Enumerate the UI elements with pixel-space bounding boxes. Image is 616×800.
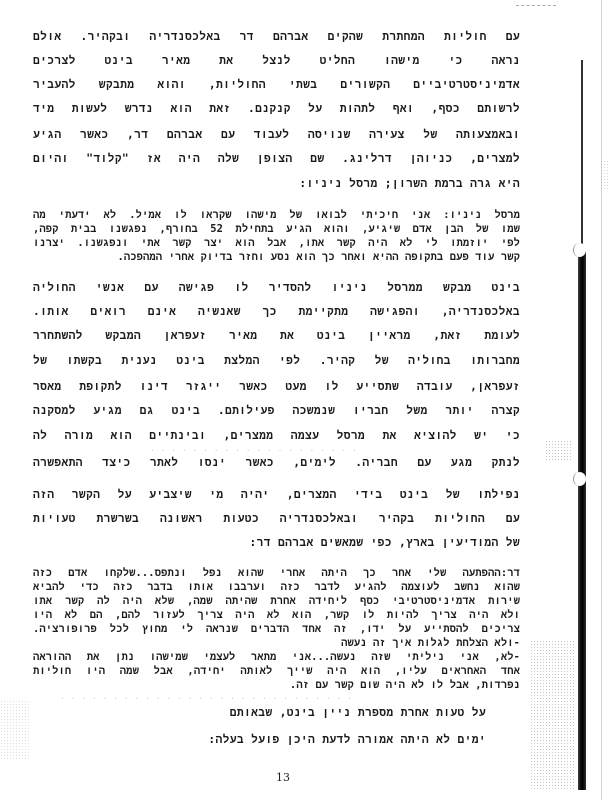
quote-line: קשר עוד פעם בתקופה ההיא ואחר כך הוא נסע … [117,251,520,263]
scan-noise [600,160,610,190]
text-line: לעומת זאת, מראיין בינט את מאיר זעפראן המ… [33,330,520,342]
quote-line: שמו של הבן אדם שיגיע, והוא הגיע בתחילת 5… [33,223,520,235]
scan-shadow-thin [581,60,583,250]
text-line: היא גרה ברמת השרון; מרסל ניניו: [299,178,520,190]
text-line: על טעות אחרת מספרת ניין בינט, שבאותם [230,707,486,719]
page-number: 13 [268,771,298,784]
scan-shadow-bar [578,250,586,790]
text-line: של המודיעין בארץ, כפי שמאשים אברהם דר: [250,537,521,549]
text-line: נפילתו של בינט בידי המצרים, יהיה מי שיצב… [33,489,520,501]
scan-noise [530,640,575,790]
quote-line: שהוא נחשב לעוצמה להגיע לדבר כזה וערבבו א… [33,581,520,593]
quote-line: ולא היה צריך להיות לו קשר, הוא לא היה צר… [33,609,520,621]
text-line: ובאמצעותה של צעירה שנויסה לעבוד עם אברהם… [33,129,520,141]
text-line: ימים לא היתה אמורה לדעת היכן פועל בעלה: [208,734,486,746]
text-line: כי יש להוציא את מרסל עצמה ממצרים, ובינתי… [33,430,520,442]
bleed-through-text: · · · · · · · · · · · · · · · · · · · · … [60,694,352,703]
text-line: לנתק מגע עם חבריה. לימים, כאשר ינסו לאתר… [33,457,520,469]
quote-line: לפי יוזמתו לי לא היה קשר אתו, אבל הוא יצ… [33,237,520,249]
punch-hole-mark [573,472,586,486]
text-line: באלכסנדריה, והפגישה מתקיימת כך שאנשיה אי… [33,306,520,318]
scan-noise [0,700,30,760]
text-line: בינט מבקש ממרסל ניניו להסדיר לו פגישה עם… [33,282,520,294]
quote-line: שירות אדמיניסטרטיבי כסף ליחידה אחרת שהית… [33,595,520,607]
text-line: אדמיניסטרטיביים הקשורים בשתי החוליות, וה… [33,79,520,91]
scanned-document-page: עם חוליות המחתרת שהקים אברהם דר באלכסנדר… [0,0,616,800]
quote-line: -לא, אני ניליתי שזה נעשה...אני מתאר לעצמ… [33,651,520,663]
quote-line: נפרדות, אבל לו לא היה שום קשר עם זה. [290,679,520,691]
text-line: נראה כי מישהו החליט לנצל את מאיר בינט לצ… [33,55,520,67]
text-line: לרשותם כסף, ואף לתהות על קנקנם. זאת הוא … [33,103,520,115]
text-line: מחברותו בחוליה של קהיר. לפי המלצת בינט נ… [33,355,520,367]
bleed-through-text: · · · · · · · · · · · · · · · · · · · · [150,446,357,455]
text-line: זעפראן, עובדה שתסייע לו מעט כאשר ייגזר ד… [33,381,520,393]
quote-line: צריכים להסתייע על ידו, זה אחד הדברים שנר… [33,623,520,635]
text-line: עם חוליות המחתרת שהקים אברהם דר באלכסנדר… [33,31,520,43]
quote-line: אחד האחראים עליו, הוא היה שייך לאותה יחי… [33,665,520,677]
page-edge-line [601,0,602,800]
quote-line: מרסל ניניו: אני חיכיתי לבואו של מישהו שק… [33,209,520,221]
scan-artifact-top [516,5,556,7]
text-line: עם החוליות בקהיר ובאלכסנדריה כטעות ראשונ… [33,513,520,525]
punch-hole-mark [573,243,586,257]
quote-line: דר:ההפתעה שלי אחר כך היתה אחרי שהוא נפל … [33,567,520,579]
quote-line: -ולא הצלחת לגלות איך זה נעשה [341,637,520,649]
text-line: למצרים, כניוהן דרלינג. שם הצופן שלה היה … [33,153,520,165]
text-line: קצרה יותר משל חבריו שנמשכה פעילותם. בינט… [33,405,520,417]
scan-noise [545,440,573,460]
